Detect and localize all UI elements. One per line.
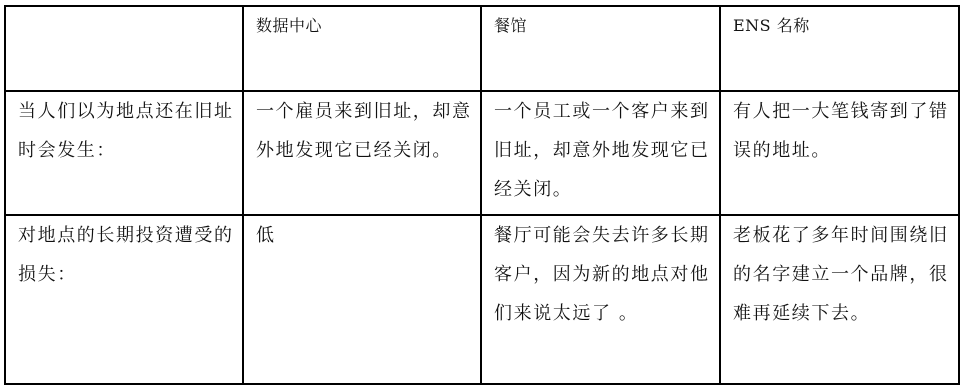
- table-row: 对地点的长期投资遭受的损失： 低 餐厅可能会失去许多长期客户，因为新的地点对他们…: [5, 215, 959, 384]
- row-label-cell: 当人们以为地点还在旧址时会发生：: [5, 91, 243, 215]
- row-label: 当人们以为地点还在旧址时会发生：: [6, 92, 242, 170]
- comparison-table: 数据中心 餐馆 ENS 名称 当人们以为地点还在旧址时会发生： 一个雇员来到旧址…: [4, 5, 960, 385]
- table-cell: 有人把一大笔钱寄到了错误的地址。: [720, 91, 959, 215]
- cell-text: 有人把一大笔钱寄到了错误的地址。: [721, 92, 958, 170]
- cell-text: 餐厅可能会失去许多长期客户，因为新的地点对他们来说太远了 。: [482, 216, 719, 333]
- table-cell: 一个员工或一个客户来到旧址，却意外地发现它已经关闭。: [481, 91, 720, 215]
- table-header-row: 数据中心 餐馆 ENS 名称: [5, 6, 959, 91]
- header-label: 数据中心: [244, 7, 480, 38]
- header-label: ENS 名称: [721, 7, 958, 38]
- header-cell-data-center: 数据中心: [243, 6, 481, 91]
- row-label: 对地点的长期投资遭受的损失：: [6, 216, 242, 294]
- header-label: [6, 7, 242, 14]
- header-label: 餐馆: [482, 7, 719, 38]
- table-cell: 一个雇员来到旧址，却意外地发现它已经关闭。: [243, 91, 481, 215]
- cell-text: 老板花了多年时间围绕旧的名字建立一个品牌，很难再延续下去。: [721, 216, 958, 333]
- cell-text: 一个员工或一个客户来到旧址，却意外地发现它已经关闭。: [482, 92, 719, 209]
- cell-text: 一个雇员来到旧址，却意外地发现它已经关闭。: [244, 92, 480, 170]
- table-cell: 餐厅可能会失去许多长期客户，因为新的地点对他们来说太远了 。: [481, 215, 720, 384]
- header-cell-restaurant: 餐馆: [481, 6, 720, 91]
- table-cell: 低: [243, 215, 481, 384]
- table-cell: 老板花了多年时间围绕旧的名字建立一个品牌，很难再延续下去。: [720, 215, 959, 384]
- row-label-cell: 对地点的长期投资遭受的损失：: [5, 215, 243, 384]
- header-cell-ens-name: ENS 名称: [720, 6, 959, 91]
- table-row: 当人们以为地点还在旧址时会发生： 一个雇员来到旧址，却意外地发现它已经关闭。 一…: [5, 91, 959, 215]
- header-cell-empty: [5, 6, 243, 91]
- cell-text: 低: [244, 216, 480, 255]
